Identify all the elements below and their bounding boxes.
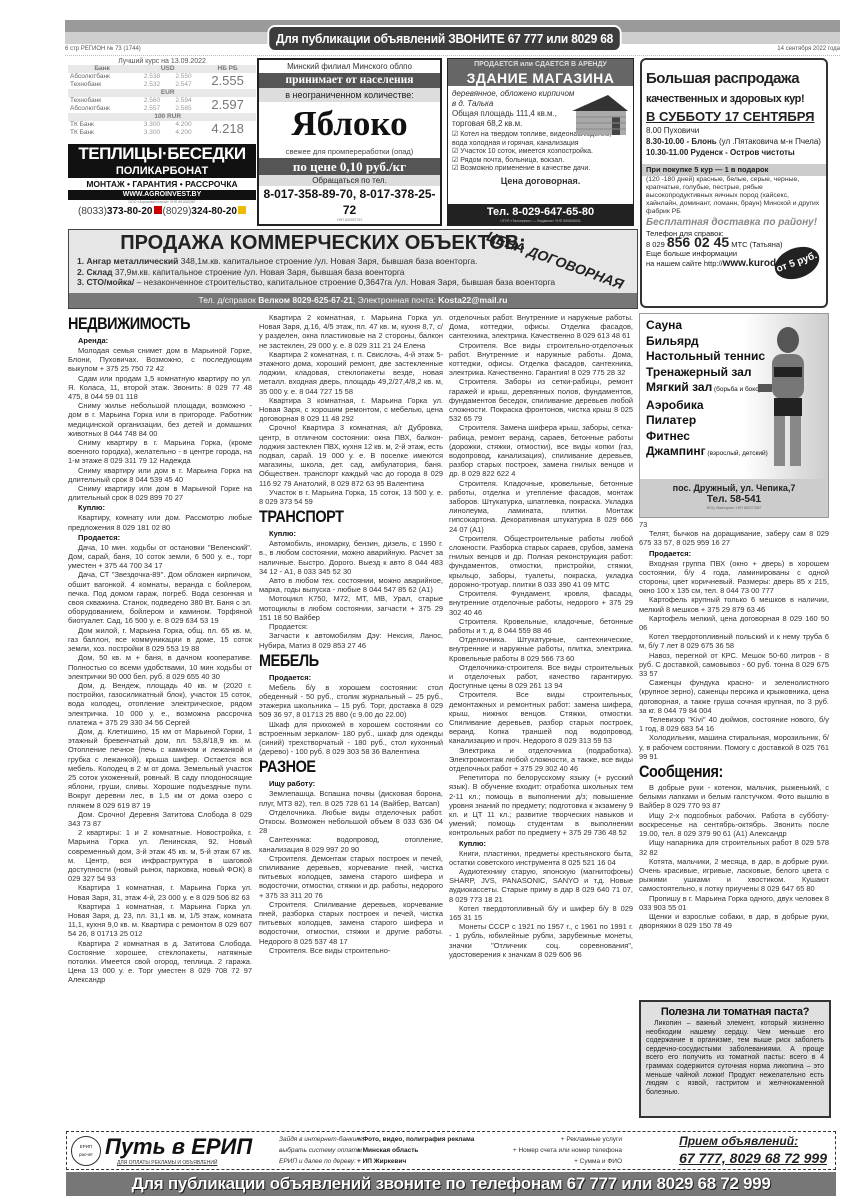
classified-ad: Строителя. Все виды строительно-отделочн… xyxy=(449,341,633,378)
rate-sell: 4.200 xyxy=(168,121,200,129)
classified-ad: Строителя. Кладочные, кровельные, бетонн… xyxy=(449,479,633,534)
erip-logo-icon: ЕРИПрасчет xyxy=(71,1136,101,1166)
ad-description: (120 -180 дней) красные, белые, серые, ч… xyxy=(642,176,826,216)
classified-ad: Квартира 2 комнатная в д. Затитова Слобо… xyxy=(68,939,252,985)
ad-header: ПРОДАЕТСЯ или СДАЕТСЯ В АРЕНДУ ЗДАНИЕ МА… xyxy=(448,59,633,86)
classified-ad: Строителя. Общестроительные работы любой… xyxy=(449,534,633,589)
classified-ad: Сниму квартиру в г. Марьина Горка, (кром… xyxy=(68,438,252,466)
nb-rate: 2.555 xyxy=(199,73,256,89)
classified-ad: Молодая семья снимет дом в Марьиной Горк… xyxy=(68,346,252,374)
ad-phones: 8-017-358-89-70, 8-017-378-25-72 xyxy=(259,186,440,218)
article-body: Ликопин – важный элемент, который жизнен… xyxy=(646,1020,824,1097)
erip-payment-banner: ЕРИПрасчет Путь в ЕРИП ДЛЯ ОПЛАТЫ РЕКЛАМ… xyxy=(66,1131,836,1170)
phone-code: (8029) xyxy=(163,206,192,217)
ad-website: WWW.AGROINVEST.BY xyxy=(68,190,256,200)
ad-line: Обращаться по тел. xyxy=(259,175,440,186)
ad-address: пос. Дружный, ул. Чепика,7 xyxy=(640,479,828,494)
classified-ad: Землепашца. Вспашка почвы (дисковая боро… xyxy=(259,789,443,807)
classified-ad: Участок в г. Марьина Горка, 15 соток, 13… xyxy=(259,488,443,506)
ad-phones: (8033)373-80-20(8029)324-80-20 xyxy=(68,205,256,218)
rate-buy: 2.557 xyxy=(136,105,168,113)
classified-ad: 2 квартиры: 1 и 2 комнатные. Новостройка… xyxy=(68,828,252,883)
classified-ad: Сантехника: водопровод, отопление, канал… xyxy=(259,835,443,853)
rate-sell: 4.200 xyxy=(168,129,200,137)
rate-sell: 2.594 xyxy=(168,97,200,105)
classified-ad: Книги, пластинки, предметы крестьянского… xyxy=(449,849,633,867)
classified-ad: В добрые руки - котенок, мальчик, рыжень… xyxy=(639,783,829,811)
chicken-sale-ad: Большая распродажа качественных и здоров… xyxy=(640,58,828,308)
classified-ad: Отделочника-строителя. Все виды строител… xyxy=(449,663,633,691)
ad-bullet: ☑ Возможно применение в качестве дачи. xyxy=(452,165,629,174)
bank-name: ТК Банк xyxy=(68,121,136,129)
subsection-heading: Продается: xyxy=(68,532,252,543)
classified-ad: Отделочника. Любые виды отделочных работ… xyxy=(259,808,443,836)
currency-title: Лучший курс на 13.09.2022 xyxy=(68,58,256,65)
column-transport-furniture: Квартира 2 комнатная, г. Марьина Горка у… xyxy=(259,313,443,1123)
section-heading: Сообщения: xyxy=(639,761,801,783)
subsection-heading: Продается: xyxy=(259,672,443,683)
classified-ad: Автомобиль, иномарку, бензин, дизель, с … xyxy=(259,539,443,576)
classified-ad: Строителя. Демонтаж старых построек и пе… xyxy=(259,854,443,900)
erip-instructions: Зайдя в интернет-банкинг,выбрать систему… xyxy=(279,1134,365,1167)
ad-date: В СУББОТУ 17 СЕНТЯБРЯ xyxy=(642,108,826,125)
col-eur: EUR xyxy=(136,89,199,97)
article-title: Полезна ли томатная паста? xyxy=(646,1005,824,1020)
ad-line: Минский филиал Минского облпо xyxy=(259,60,440,73)
classified-ad: Срочно! Квартира 3 комнатная, а/г Дубров… xyxy=(259,423,443,487)
subsection-heading: Куплю: xyxy=(259,528,443,539)
velcom-icon xyxy=(238,206,246,214)
subsection-heading: Ищу работу: xyxy=(259,778,443,789)
bank-name: Абсолютбанк xyxy=(68,73,136,81)
classified-ad: Строителя. Замена шифера крыш, заборы, с… xyxy=(449,423,633,478)
rate-sell: 2.547 xyxy=(168,81,200,89)
subsection-heading: Куплю: xyxy=(68,502,252,513)
classified-ad: Пропишу в г. Марьина Горка одного, двух … xyxy=(639,894,829,912)
rate-buy: 2.560 xyxy=(136,97,168,105)
nb-rate: 4.218 xyxy=(199,121,256,137)
subsection-heading: Куплю: xyxy=(449,838,633,849)
classified-ad: Дом, д. Вендеж, площадь 40 кв. м (2020 г… xyxy=(68,681,252,727)
ad-headline: Яблоко xyxy=(259,102,440,146)
col-nb: НБ РБ xyxy=(199,65,256,73)
classified-ad: Квартира 2 комнатная, г. п. Свислочь, 4-… xyxy=(259,350,443,396)
ads-reception: Прием объявлений: 67 777, 8029 68 72 999 xyxy=(679,1133,827,1168)
rate-buy: 2.532 xyxy=(136,81,168,89)
classified-ad: Телят, бычков на доращивание, заберу сам… xyxy=(639,529,829,547)
classified-ad: Строителя. Все виды строительных, демонт… xyxy=(449,690,633,745)
ad-subheadline: ПОЛИКАРБОНАТ xyxy=(68,164,256,178)
classified-ad: Квартиру, комнату или дом. Рассмотрю люб… xyxy=(68,513,252,531)
ad-headline: ЗДАНИЕ МАГАЗИНА xyxy=(448,70,633,86)
column-real-estate: НЕДВИЖИМОСТЬ Аренда: Молодая семья сниме… xyxy=(68,313,252,1123)
page-info-line: 6 стр РЕГИОН № 73 (1744) 14 сентября 202… xyxy=(65,46,840,56)
classified-ad: Продается: xyxy=(259,622,443,631)
classified-ad: Сниму жилье небольшой площади, возможно … xyxy=(68,401,252,438)
classified-ad: Котел твердотопливный б/у и шифер б/у 8 … xyxy=(449,904,633,922)
section-heading: НЕДВИЖИМОСТЬ xyxy=(68,313,224,335)
schedule-item: 8.00 Пуховичи xyxy=(642,125,826,136)
issue-date: 14 сентября 2022 года xyxy=(777,46,840,52)
phone-code: (8033) xyxy=(78,206,107,217)
classified-ad: Шкаф для прихожей в хорошем состоянии со… xyxy=(259,720,443,757)
rate-buy: 2.538 xyxy=(136,73,168,81)
col-bank: Банк xyxy=(68,65,136,73)
section-heading: ТРАНСПОРТ xyxy=(259,506,415,528)
classified-ad: Входная группа ПВХ (окно + дверь) в хоро… xyxy=(639,559,829,596)
classified-ad: Котята, мальчики, 2 месяца, в дар, в доб… xyxy=(639,857,829,894)
classified-ad: Дача, 10 мин. ходьбы от остановки "Велен… xyxy=(68,543,252,571)
ad-line: ПРОДАЕТСЯ или СДАЕТСЯ В АРЕНДУ xyxy=(448,59,633,70)
classified-ad: Строителя. Кровельные, кладочные, бетонн… xyxy=(449,617,633,635)
ad-legal: УНП 600037767 xyxy=(259,218,440,222)
classified-ad: Дом, д. Клетишино, 15 км от Марьиной Гор… xyxy=(68,727,252,810)
currency-rates-table: Лучший курс на 13.09.2022 БанкUSDНБ РБ А… xyxy=(68,58,256,142)
subsection-heading: Аренда: xyxy=(68,335,252,346)
ad-line: в неограниченном количестве: xyxy=(259,88,440,102)
ad-phone: Тел. 58-541 xyxy=(640,494,828,506)
house-icon xyxy=(568,93,630,137)
ad-services: МОНТАЖ • ГАРАНТИЯ • РАССРОЧКА xyxy=(68,178,256,190)
classified-ad: Дом жилой, г. Марьина Горка, общ. пл. 65… xyxy=(68,626,252,654)
ad-line: свежее для промпереработки (опад) xyxy=(259,146,440,158)
column-services: отделочных работ. Внутренние и наружные … xyxy=(449,313,633,1123)
erip-path-2: + Рекламные услуги+ Номер счета или номе… xyxy=(462,1134,622,1167)
column-misc: 73 Телят, бычков на доращивание, заберу … xyxy=(639,520,829,990)
classified-ad: Ищу 2-х подсобных рабочих. Работа в субб… xyxy=(639,811,829,839)
classified-ad: Телевизор "Kivi" 40 дюймов, состояние но… xyxy=(639,715,829,733)
classified-ad: Строителя. Заборы из сетки-рабицы, ремон… xyxy=(449,377,633,423)
ad-phone: Тел. 8-029-647-65-80 xyxy=(448,206,633,219)
rate-sell: 2.585 xyxy=(168,105,200,113)
classified-ad: Холодильник, машина стиральная, морозиль… xyxy=(639,733,829,761)
ad-free-delivery: Бесплатная доставка по району! xyxy=(642,216,826,229)
property-item: 3. СТО/мойка/ – незаконченное строительс… xyxy=(69,277,637,288)
rate-buy: 3.300 xyxy=(136,121,168,129)
rate-buy: 3.300 xyxy=(136,129,168,137)
sport-center-ad: Сауна Бильярд Настольный теннис Тренажер… xyxy=(639,313,829,518)
classified-ad: Сдам или продам 1,5 комнатную квартиру п… xyxy=(68,374,252,402)
ad-bullet: ☑ Рядом почта, больница, вокзал. xyxy=(452,157,629,166)
ad-footer: Тел. 8-029-647-65-80 ЧТУП «Талсервис» — … xyxy=(448,204,633,225)
classified-ad: Навоз, перегной от КРС. Мешок 50-60 литр… xyxy=(639,651,829,679)
bank-name: Абсолютбанк xyxy=(68,105,136,113)
classified-ad: Саженцы фундука красно- и зеленолистного… xyxy=(639,678,829,715)
classified-ad: Дача, СТ "Звездочка-89". Дом обложен кир… xyxy=(68,570,252,625)
ad-promo: При покупке 5 кур — 1 в подарок xyxy=(642,164,826,176)
ad-legal: ФОЦ «Виктория» УНП 691077687 xyxy=(640,506,828,510)
bank-name: Технобанк xyxy=(68,97,136,105)
classified-ad: Дом. Срочно! Деревня Затитова Слобода 8 … xyxy=(68,810,252,828)
col-usd: USD xyxy=(136,65,199,73)
classified-ad: Квартира 1 комнатная, г. Марьина Горка у… xyxy=(68,902,252,939)
bank-name: Технобанк xyxy=(68,81,136,89)
tomato-article: Полезна ли томатная паста? Ликопин – важ… xyxy=(639,1000,831,1118)
rate-sell: 2.550 xyxy=(168,73,200,81)
mts-icon xyxy=(154,206,162,214)
classified-ad: отделочных работ. Внутренние и наружные … xyxy=(449,313,633,341)
classified-ad: Строителя. Фундамент, кровля, фасады, вн… xyxy=(449,589,633,617)
classified-ad-continued: 73 xyxy=(639,520,829,529)
erip-title: Путь в ЕРИП xyxy=(105,1132,252,1162)
ad-bullet: ☑ Участок 10 соток, имеется хозпостройка… xyxy=(452,148,629,157)
classified-ad: Картофель крупный только 6 мешков в нали… xyxy=(639,595,829,613)
ad-headline: Большая распродажа xyxy=(642,68,826,90)
greenhouse-ad: ТЕПЛИЦЫ·БЕСЕДКИ ПОЛИКАРБОНАТ МОНТАЖ • ГА… xyxy=(68,144,256,224)
reception-title: Прием объявлений: xyxy=(679,1133,827,1149)
classified-ad: Котел твердотопливный польский и к нему … xyxy=(639,632,829,650)
bottom-banner: Для публикации объявлений звоните по тел… xyxy=(66,1172,836,1196)
ad-subheadline: качественных и здоровых кур! xyxy=(642,90,826,108)
phone-number: 324-80-20 xyxy=(191,206,237,217)
classified-ad: Квартира 2 комнатная, г. Марьина Горка у… xyxy=(259,313,443,350)
classified-ad: Мотоцикл К750, М72, МТ, МВ, Урал, старые… xyxy=(259,594,443,622)
erip-subtitle: ДЛЯ ОПЛАТЫ РЕКЛАМЫ И ОБЪЯВЛЕНИЙ xyxy=(117,1160,218,1166)
ad-legal: ЧТУП «Талсервис» — Людмила» УНП 69060693… xyxy=(448,219,633,223)
classified-ad: Щенки и взрослые собаки, в дар, в добрые… xyxy=(639,912,829,930)
shop-building-ad: ПРОДАЕТСЯ или СДАЕТСЯ В АРЕНДУ ЗДАНИЕ МА… xyxy=(447,58,634,226)
ad-contact: Тел. д/справок Велком 8029-625-67-21; Эл… xyxy=(69,293,637,308)
col-rur: 100 RUR xyxy=(136,113,199,121)
ad-price: по цене 0,10 руб./кг xyxy=(259,158,440,175)
ad-line: принимает от населения xyxy=(259,73,440,88)
classified-ad: Строителя. Все виды строительно- xyxy=(259,946,443,955)
schedule-item: 8.30-10.00 - Блонь (ул .Пятаковича м-н П… xyxy=(642,136,826,147)
section-heading: МЕБЕЛЬ xyxy=(259,650,415,672)
classified-ad: Загчасти к автомобилям Дэу: Нексия, Лано… xyxy=(259,631,443,649)
bank-name: ТК Банк xyxy=(68,129,136,137)
ad-headline: ТЕПЛИЦЫ·БЕСЕДКИ xyxy=(68,144,256,164)
issue-info: 6 стр РЕГИОН № 73 (1744) xyxy=(65,46,141,52)
classified-ad: Квартира 1 комнатная, г. Марьина Горка у… xyxy=(68,883,252,901)
classified-ad: Квартира 3 комнатная, г. Марьина Горка у… xyxy=(259,396,443,424)
schedule-item: 10.30-11.00 Руденск - Остров чистоты xyxy=(642,147,826,158)
commercial-property-ad: ПРОДАЖА КОММЕРЧЕСКИХ ОБЪЕКТОВ: ЦЕНА ДОГО… xyxy=(68,229,638,309)
classified-ad: Электрика и отделочника (подработка). Эл… xyxy=(449,746,633,774)
classified-ad: Мебель б/у в хорошем состоянии: стол обе… xyxy=(259,683,443,720)
ad-footer: пос. Дружный, ул. Чепика,7 Тел. 58-541 Ф… xyxy=(640,479,828,517)
classified-ad: Сниму квартиру или дом в г. Марьина Горк… xyxy=(68,466,252,484)
classified-ad: Дом, 50 кв. м + баня, в дачном кооперати… xyxy=(68,653,252,681)
apple-purchase-ad: Минский филиал Минского облпо принимает … xyxy=(257,58,442,226)
classified-ad: Ищу напарника для строительных работ 8 0… xyxy=(639,838,829,856)
athlete-image xyxy=(750,322,820,472)
subsection-heading: Продается: xyxy=(639,548,829,559)
classified-ad: Сниму квартиру или дом в Марьиной Горке … xyxy=(68,484,252,502)
classified-ad: Картофель мелкий, цена договорная 8 029 … xyxy=(639,614,829,632)
property-item: 2. Склад 37,9м.кв. капитальное строение … xyxy=(69,267,637,278)
section-heading: РАЗНОЕ xyxy=(259,756,415,778)
classified-ad: Монеты СССР с 1921 по 1957 г., с 1961 по… xyxy=(449,922,633,959)
erip-path: + Фото, видео, полиграфия реклама+ Минск… xyxy=(357,1134,474,1167)
phone-number: 373-80-20 xyxy=(107,206,153,217)
reception-phones: 67 777, 8029 68 72 999 xyxy=(679,1149,827,1168)
classified-ad: Авто в любом тех. состоянии, можно авари… xyxy=(259,576,443,594)
classified-ad: Строителя. Спиливание деревьев, корчеван… xyxy=(259,900,443,946)
classified-ad: Репетитора по белорусскому языку (+ русс… xyxy=(449,773,633,837)
ad-price: Цена договорная. xyxy=(452,177,629,186)
classified-ad: Аудиотехнику старую, японскую (магнитофо… xyxy=(449,867,633,904)
classified-ad: Отделочника. Штукатурные, сантехнические… xyxy=(449,635,633,663)
nb-rate: 2.597 xyxy=(199,97,256,113)
